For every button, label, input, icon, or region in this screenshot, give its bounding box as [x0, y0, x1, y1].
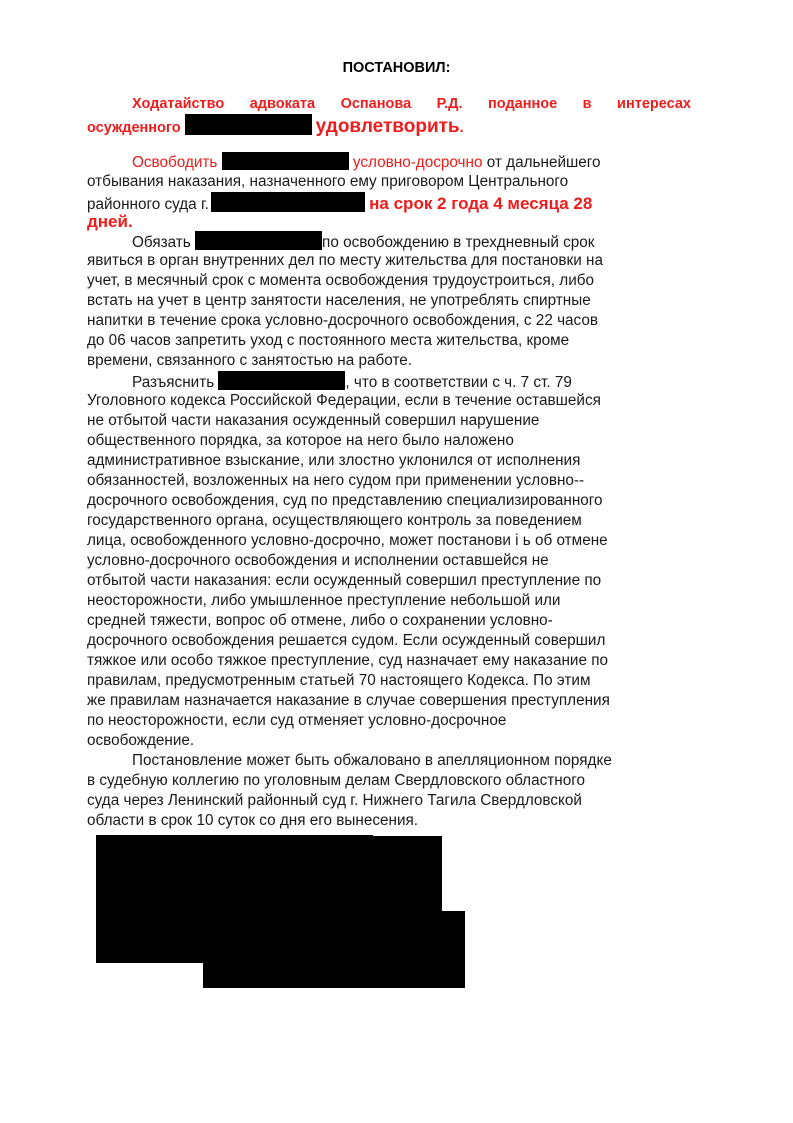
- redaction-box: [222, 152, 349, 170]
- obligations-line: явиться в орган внутренних дел по месту …: [87, 251, 707, 271]
- explanation-text: , что в соответствии с ч. 7 ст. 79: [345, 374, 571, 391]
- explanation-line: тяжкое или особо тяжкое преступление, су…: [87, 651, 707, 671]
- petition-verdict: удовлетворить: [316, 116, 460, 137]
- release-line-4: дней.: [87, 212, 707, 232]
- document-page: ПОСТАНОВИЛ: Ходатайство адвоката Оспанов…: [0, 0, 793, 1123]
- release-line-2: отбывания наказания, назначенного ему пр…: [87, 172, 707, 192]
- explanation-line: правилам, предусмотренным статьей 70 нас…: [87, 671, 707, 691]
- release-court-label: районного суда г.: [87, 196, 209, 213]
- redaction-box: [195, 231, 322, 250]
- redaction-box: [185, 114, 312, 135]
- explanation-line: досрочного освобождения решается судом. …: [87, 631, 707, 651]
- obligations-text: по освобождению в трехдневный срок: [322, 234, 594, 251]
- explanation-line-1: Разъяснить , что в соответствии с ч. 7 с…: [87, 371, 707, 391]
- obligations-line: напитки в течение срока условно-досрочно…: [87, 311, 707, 331]
- explanation-line: Уголовного кодекса Российской Федерации,…: [87, 391, 707, 411]
- appeal-line: суда через Ленинский районный суд г. Ниж…: [87, 791, 707, 811]
- redaction-box: [218, 371, 345, 390]
- explanation-line: обязанностей, возложенных на него судом …: [87, 471, 707, 491]
- explanation-line: условно-досрочного освобождения и исполн…: [87, 551, 707, 571]
- explanation-line: государственного органа, осуществляющего…: [87, 511, 707, 531]
- obligations-line: учет, в месячный срок с момента освобожд…: [87, 271, 707, 291]
- appeal-line: в судебную коллегию по уголовным делам С…: [87, 771, 707, 791]
- release-term: на срок 2 года 4 месяца 28: [369, 194, 592, 213]
- obligations-line: встать на учет в центр занятости населен…: [87, 291, 707, 311]
- explanation-line: не отбытой части наказания осужденный со…: [87, 411, 707, 431]
- appeal-line-1: Постановление может быть обжаловано в ап…: [87, 751, 707, 771]
- paragraph-appeal: Постановление может быть обжаловано в ап…: [87, 751, 707, 831]
- obligations-line-1: Обязать по освобождению в трехдневный ср…: [87, 231, 707, 251]
- petition-period: .: [460, 120, 464, 136]
- petition-text: Ходатайство адвоката Оспанова Р.Д. подан…: [132, 96, 691, 112]
- appeal-line: области в срок 10 суток со дня его вынес…: [87, 811, 707, 831]
- petition-convict-label: осужденного: [87, 120, 181, 136]
- paragraph-explanation: Разъяснить , что в соответствии с ч. 7 с…: [87, 371, 707, 751]
- petition-line-2: осужденного удовлетворить.: [87, 114, 707, 134]
- release-line-3: районного суда г. на срок 2 года 4 месяц…: [87, 192, 707, 212]
- explanation-line: неосторожности, либо умышленное преступл…: [87, 591, 707, 611]
- release-verb: Освободить: [132, 154, 217, 171]
- release-text: от дальнейшего: [487, 154, 601, 171]
- appeal-text: Постановление может быть обжаловано в ап…: [132, 752, 612, 769]
- petition-line-1: Ходатайство адвоката Оспанова Р.Д. подан…: [87, 94, 691, 114]
- paragraph-release: Освободить условно-досрочно от дальнейше…: [87, 152, 707, 232]
- explanation-line: отбытой части наказания: если осужденный…: [87, 571, 707, 591]
- explanation-line: административное взыскание, или злостно …: [87, 451, 707, 471]
- explanation-line: же правилам назначается наказание в случ…: [87, 691, 707, 711]
- obligations-line: до 06 часов запретить уход с постоянного…: [87, 331, 707, 351]
- explanation-line: лица, освобожденного условно-досрочно, м…: [87, 531, 707, 551]
- paragraph-obligations: Обязать по освобождению в трехдневный ср…: [87, 231, 707, 371]
- paragraph-petition: Ходатайство адвоката Оспанова Р.Д. подан…: [87, 94, 707, 134]
- explanation-line: освобождение.: [87, 731, 707, 751]
- obligations-verb: Обязать: [132, 234, 191, 251]
- explanation-line: средней тяжести, вопрос об отмене, либо …: [87, 611, 707, 631]
- explanation-line: досрочного освобождения, суд по представ…: [87, 491, 707, 511]
- explanation-verb: Разъяснить: [132, 374, 214, 391]
- redaction-box: [211, 192, 365, 212]
- explanation-line: по неосторожности, если суд отменяет усл…: [87, 711, 707, 731]
- release-type: условно-досрочно: [353, 154, 483, 171]
- release-line-1: Освободить условно-досрочно от дальнейше…: [87, 152, 707, 172]
- obligations-line: времени, связанного с занятостью на рабо…: [87, 351, 707, 371]
- explanation-line: общественного порядка, за которое на нег…: [87, 431, 707, 451]
- signature-redaction: [203, 911, 465, 988]
- heading-postanovil: ПОСТАНОВИЛ:: [0, 60, 793, 76]
